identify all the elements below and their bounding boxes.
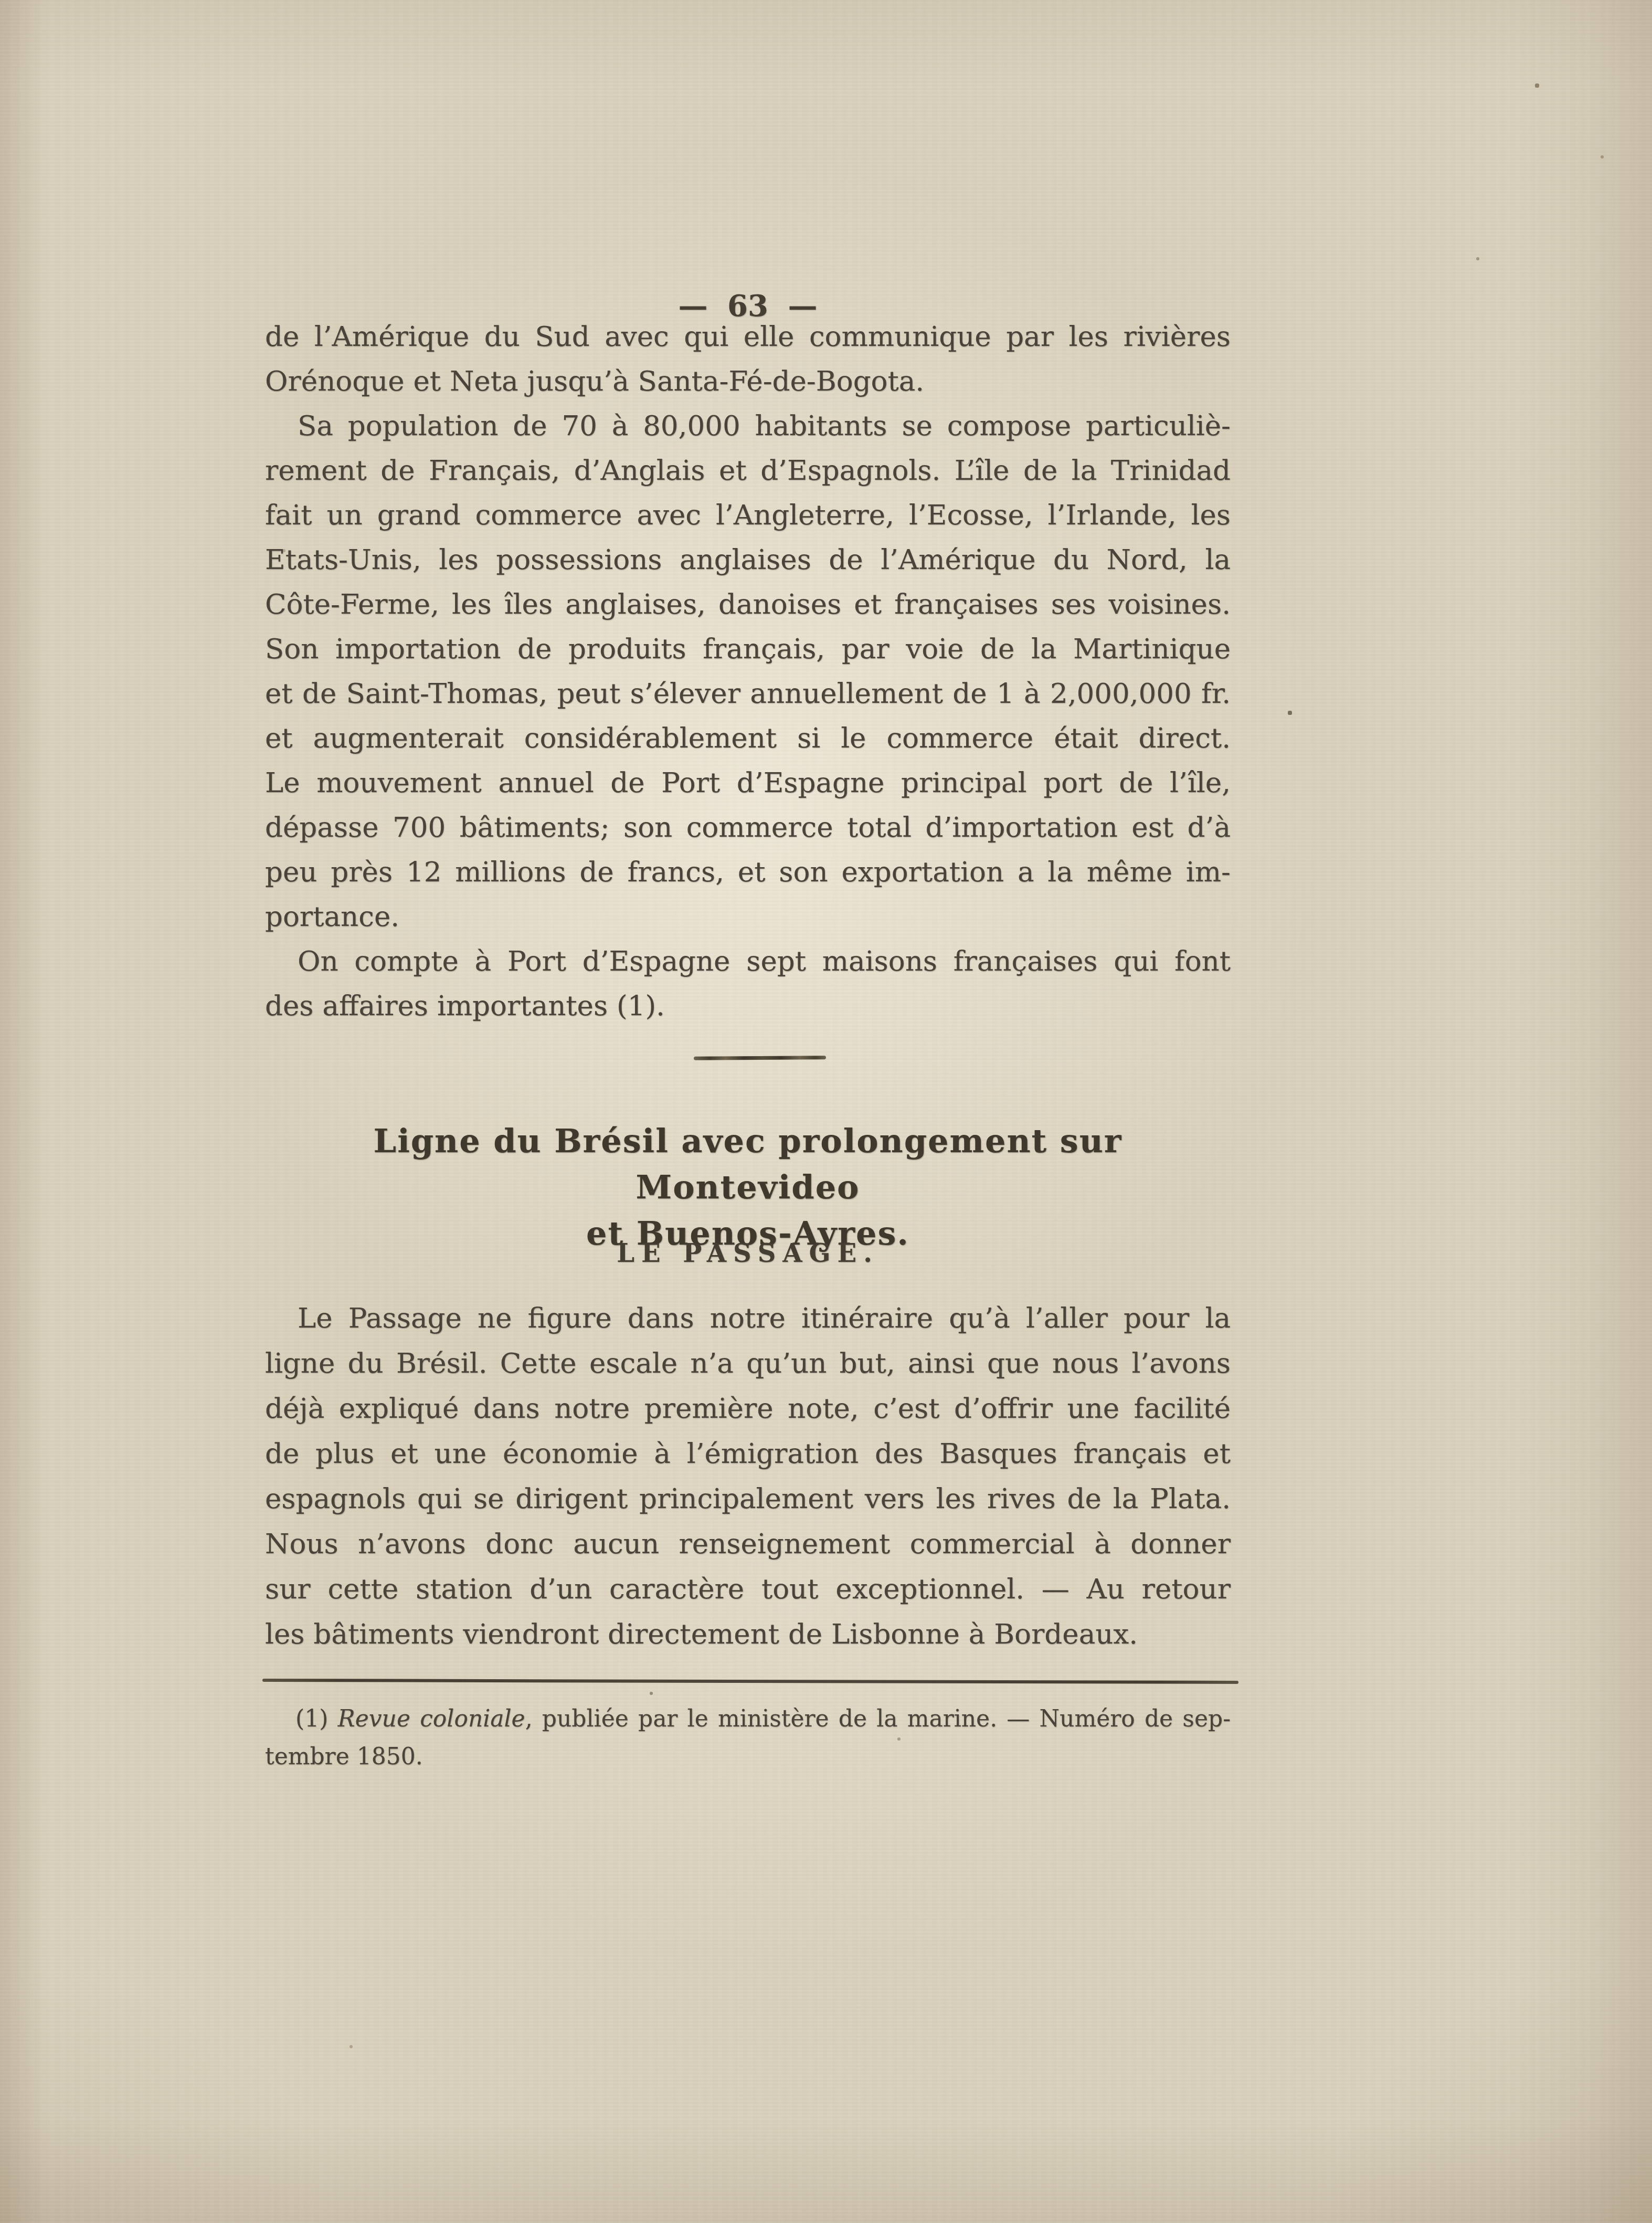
footnote-marker: (1) bbox=[295, 1705, 338, 1732]
text-line: de plus et une économie à l’émigration d… bbox=[265, 1431, 1231, 1477]
text-line: les bâtiments viendront directement de L… bbox=[265, 1612, 1231, 1657]
footnote-line: (1) Revue coloniale, publiée par le mini… bbox=[265, 1700, 1231, 1738]
text-line: des affaires importantes (1). bbox=[265, 984, 1231, 1028]
text-line: Etats-Unis, les possessions anglaises de… bbox=[265, 538, 1231, 582]
text-line: fait un grand commerce avec l’Angleterre… bbox=[265, 493, 1231, 538]
scanned-book-page: — 63 — de l’Amérique du Sud avec qui ell… bbox=[0, 0, 1652, 2223]
text-line: espagnols qui se dirigent principalement… bbox=[265, 1477, 1231, 1522]
paragraph-continuation: de l’Amérique du Sud avec qui elle commu… bbox=[265, 314, 1231, 404]
footnote-line: tembre 1850. bbox=[265, 1738, 1231, 1776]
paragraph-maisons: On compte à Port d’Espagne sept maisons … bbox=[265, 939, 1231, 1028]
text-line: déjà expliqué dans notre première note, … bbox=[265, 1386, 1231, 1431]
text-line: portance. bbox=[265, 894, 1231, 939]
text-line: et de Saint-Thomas, peut s’élever annuel… bbox=[265, 671, 1231, 716]
footnote-rule bbox=[262, 1679, 1238, 1684]
text-line: rement de Français, d’Anglais et d’Espag… bbox=[265, 448, 1231, 493]
section-heading-line: Ligne du Brésil avec prolongement sur Mo… bbox=[265, 1118, 1231, 1210]
text-line: ligne du Brésil. Cette escale n’a qu’un … bbox=[265, 1341, 1231, 1386]
text-line: de l’Amérique du Sud avec qui elle commu… bbox=[265, 314, 1231, 359]
text-line: peu près 12 millions de francs, et son e… bbox=[265, 850, 1231, 894]
text-line: et augmenterait considérablement si le c… bbox=[265, 716, 1231, 761]
text-line: Son importation de produits français, pa… bbox=[265, 627, 1231, 671]
page-content: — 63 — de l’Amérique du Sud avec qui ell… bbox=[0, 0, 1652, 2223]
text-line: Le Passage ne figure dans notre itinérai… bbox=[265, 1296, 1231, 1341]
text-line: Sa population de 70 à 80,000 habitants s… bbox=[265, 404, 1231, 448]
footnote-work-title: Revue coloniale bbox=[338, 1705, 525, 1732]
text-line: On compte à Port d’Espagne sept maisons … bbox=[265, 939, 1231, 984]
paragraph-population: Sa population de 70 à 80,000 habitants s… bbox=[265, 404, 1231, 939]
text-line: Orénoque et Neta jusqu’à Santa-Fé-de-Bog… bbox=[265, 359, 1231, 404]
paragraph-le-passage: Le Passage ne figure dans notre itinérai… bbox=[265, 1296, 1231, 1657]
text-line: Nous n’avons donc aucun renseignement co… bbox=[265, 1522, 1231, 1567]
text-line: dépasse 700 bâtiments; son commerce tota… bbox=[265, 805, 1231, 850]
text-line: sur cette station d’un caractère tout ex… bbox=[265, 1567, 1231, 1612]
section-subheading: LE PASSAGE. bbox=[265, 1235, 1231, 1272]
footnote: (1) Revue coloniale, publiée par le mini… bbox=[265, 1700, 1231, 1776]
text-line: Le mouvement annuel de Port d’Espagne pr… bbox=[265, 761, 1231, 805]
section-divider-ornament bbox=[694, 1056, 826, 1060]
text-line: Côte-Ferme, les îles anglaises, danoises… bbox=[265, 582, 1231, 627]
footnote-text: , publiée par le ministère de la marine.… bbox=[525, 1705, 1231, 1732]
